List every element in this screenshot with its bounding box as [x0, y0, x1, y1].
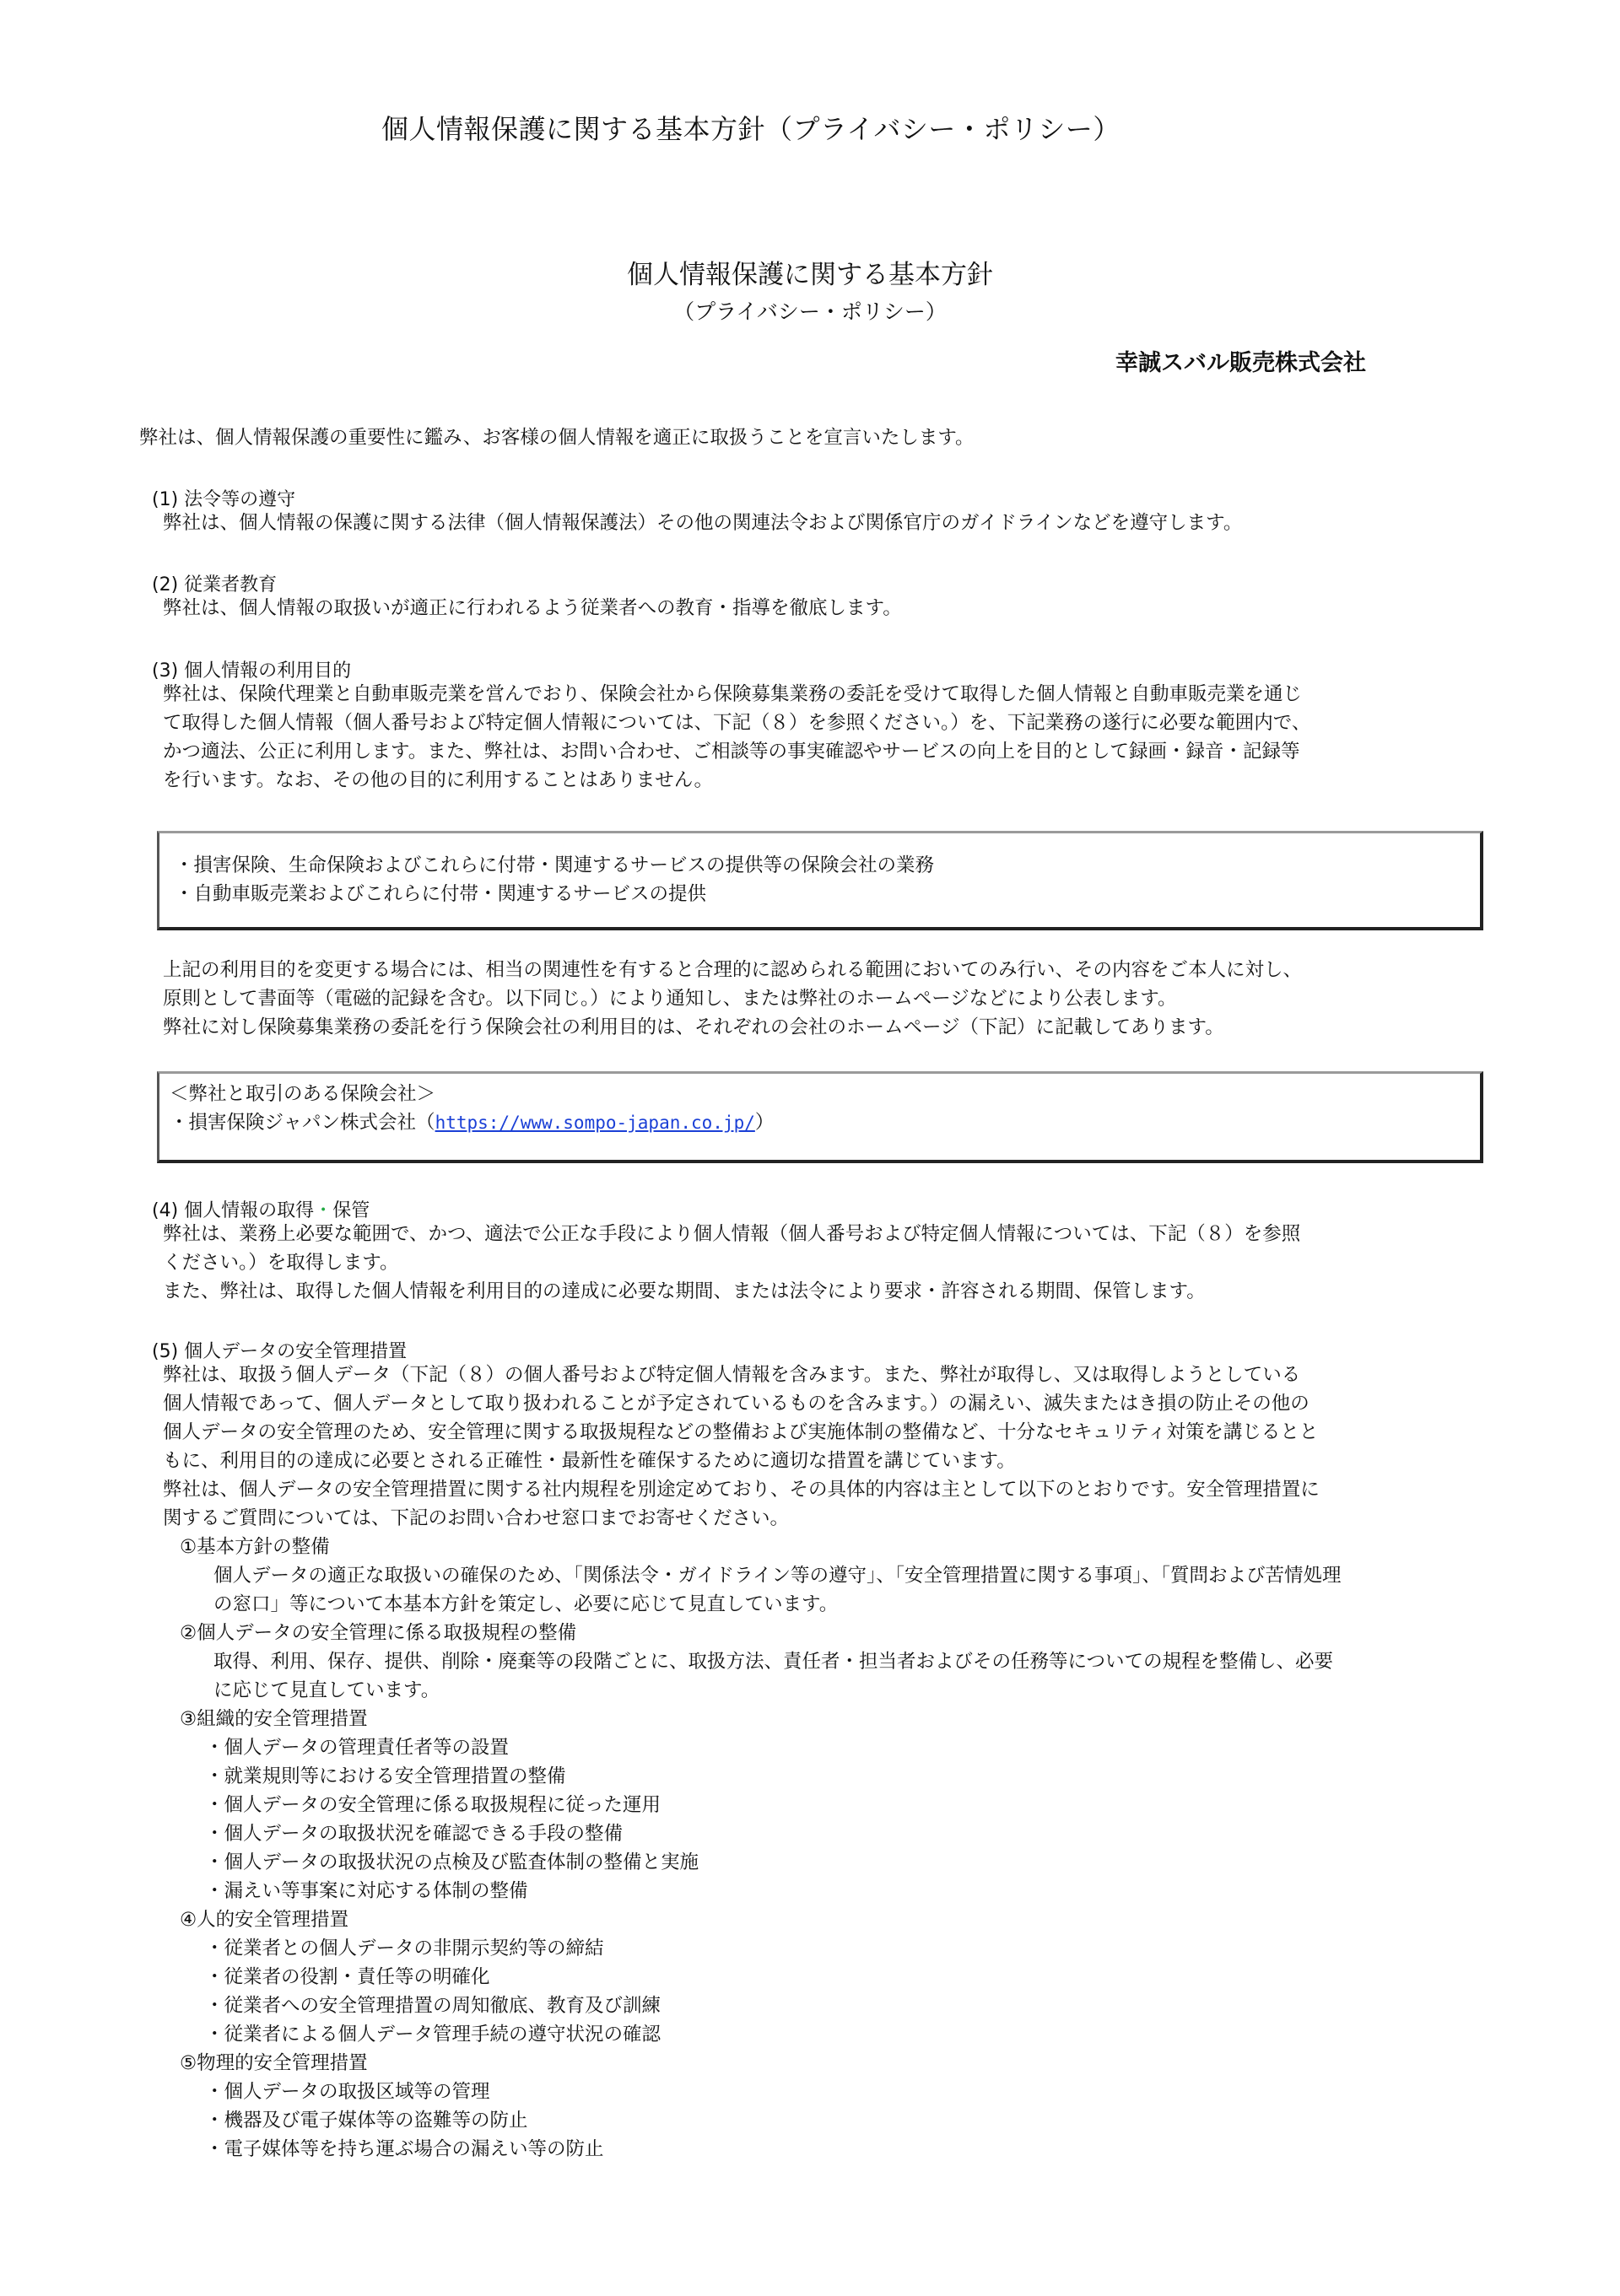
subsection-1-heading: ①基本方針の整備 — [180, 1533, 330, 1561]
insurer-item: ・損害保険ジャパン株式会社（https://www.sompo-japan.co… — [170, 1108, 774, 1135]
subsection-5-bullet: ・機器及び電子媒体等の盗難等の防止 — [205, 2106, 528, 2136]
section-5-line: 関するご質問については、下記のお問い合わせ窓口までお寄せください。 — [163, 1504, 789, 1533]
section-4-heading: (4) 個人情報の取得・保管 — [152, 1196, 370, 1222]
subsection-2-heading: ②個人データの安全管理に係る取扱規程の整備 — [180, 1619, 576, 1647]
purpose-box: ・損害保険、生命保険およびこれらに付帯・関連するサービスの提供等の保険会社の業務… — [157, 831, 1483, 930]
section-2-text: 弊社は、個人情報の取扱いが適正に行われるよう従業者への教育・指導を徹底します。 — [163, 594, 902, 623]
subsection-2-line: に応じて見直しています。 — [213, 1676, 440, 1706]
subsection-4-heading: ④人的安全管理措置 — [180, 1905, 348, 1934]
section-3-line: かつ適法、公正に利用します。また、弊社は、お問い合わせ、ご相談等の事実確認やサー… — [163, 737, 1300, 767]
section-2-heading: (2) 従業者教育 — [152, 570, 277, 596]
section-5-line: もに、利用目的の達成に必要とされる正確性・最新性を確保するために適切な措置を講じ… — [163, 1447, 1016, 1476]
insurer-name: ・損害保険ジャパン株式会社（ — [170, 1112, 435, 1134]
section-3-line: を行います。なお、その他の目的に利用することはありません。 — [163, 766, 713, 795]
section-1-heading: (1) 法令等の遵守 — [152, 485, 295, 511]
subsection-5-bullet: ・個人データの取扱区域等の管理 — [205, 2078, 490, 2107]
subsection-1-line: 個人データの適正な取扱いの確保のため、「関係法令・ガイドライン等の遵守」、「安全… — [213, 1561, 1342, 1591]
subsection-3-bullet: ・漏えい等事案に対応する体制の整備 — [205, 1877, 528, 1906]
section-3-heading: (3) 個人情報の利用目的 — [152, 656, 351, 682]
intro-paragraph: 弊社は、個人情報保護の重要性に鑑み、お客様の個人情報を適正に取扱うことを宣言いた… — [139, 423, 975, 452]
company-name: 幸誠スバル販売株式会社 — [1115, 344, 1366, 377]
subsection-4-bullet: ・従業者による個人データ管理手続の遵守状況の確認 — [205, 2020, 661, 2050]
section-4-line: ください。）を取得します。 — [163, 1248, 398, 1278]
section-5-line: 個人情報であって、個人データとして取り扱われることが予定されているものを含みます… — [163, 1389, 1309, 1419]
subsection-4-bullet: ・従業者の役割・責任等の明確化 — [205, 1963, 490, 1992]
subsection-4-bullet: ・従業者との個人データの非開示契約等の締結 — [205, 1934, 604, 1964]
section-5-line: 個人データの安全管理のため、安全管理に関する取扱規程などの整備および実施体制の整… — [163, 1418, 1318, 1447]
subsection-1-line: の窓口」等について本基本方針を策定し、必要に応じて見直しています。 — [213, 1590, 838, 1620]
subsection-3-bullet: ・個人データの安全管理に係る取扱規程に従った運用 — [205, 1791, 661, 1820]
separator-dot: ・ — [314, 1200, 332, 1221]
insurer-website-link[interactable]: https://www.sompo-japan.co.jp/ — [435, 1113, 755, 1133]
subsection-4-bullet: ・従業者への安全管理措置の周知徹底、教育及び訓練 — [205, 1991, 661, 2021]
purpose-change-line: 原則として書面等（電磁的記録を含む。以下同じ。）により通知し、または弊社のホーム… — [163, 984, 1177, 1014]
page-title: 個人情報保護に関する基本方針（プライバシー・ポリシー） — [381, 108, 1120, 147]
subsection-3-bullet: ・個人データの取扱状況を確認できる手段の整備 — [205, 1819, 623, 1849]
subsection-5-heading: ⑤物理的安全管理措置 — [180, 2049, 368, 2078]
insurer-box: ＜弊社と取引のある保険会社＞ ・損害保険ジャパン株式会社（https://www… — [157, 1071, 1483, 1163]
section-4-line: 弊社は、業務上必要な範囲で、かつ、適法で公正な手段により個人情報（個人番号および… — [163, 1220, 1300, 1249]
section-1-text: 弊社は、個人情報の保護に関する法律（個人情報保護法）その他の関連法令および関係官… — [163, 509, 1242, 537]
section-5-heading: (5) 個人データの安全管理措置 — [152, 1337, 407, 1363]
purpose-change-line: 弊社に対し保険募集業務の委託を行う保険会社の利用目的は、それぞれの会社のホームペ… — [163, 1013, 1224, 1043]
subsection-3-bullet: ・就業規則等における安全管理措置の整備 — [205, 1762, 566, 1792]
section-3-line: 弊社は、保険代理業と自動車販売業を営んでおり、保険会社から保険募集業務の委託を受… — [163, 680, 1302, 709]
document-title: 個人情報保護に関する基本方針 — [0, 253, 1620, 291]
purpose-item: ・自動車販売業およびこれらに付帯・関連するサービスの提供 — [175, 879, 706, 906]
section-3-line: て取得した個人情報（個人番号および特定個人情報については、下記（８）を参照くださ… — [163, 709, 1310, 738]
section-5-line: 弊社は、取扱う個人データ（下記（８）の個人番号および特定個人情報を含みます。また… — [163, 1361, 1300, 1390]
purpose-change-line: 上記の利用目的を変更する場合には、相当の関連性を有すると合理的に認められる範囲に… — [163, 956, 1302, 985]
subsection-3-bullet: ・個人データの管理責任者等の設置 — [205, 1733, 509, 1763]
subsection-3-heading: ③組織的安全管理措置 — [180, 1705, 368, 1733]
insurer-suffix: ） — [755, 1112, 775, 1134]
subsection-3-bullet: ・個人データの取扱状況の点検及び監査体制の整備と実施 — [205, 1848, 699, 1878]
section-5-line: 弊社は、個人データの安全管理措置に関する社内規程を別途定めており、その具体的内容… — [163, 1475, 1320, 1505]
subsection-2-line: 取得、利用、保存、提供、削除・廃棄等の段階ごとに、取扱方法、責任者・担当者および… — [213, 1647, 1333, 1677]
section-4-line: また、弊社は、取得した個人情報を利用目的の達成に必要な期間、または法令により要求… — [163, 1277, 1206, 1307]
subsection-5-bullet: ・電子媒体等を持ち運ぶ場合の漏えい等の防止 — [205, 2135, 604, 2164]
document-subtitle: （プライバシー・ポリシー） — [0, 295, 1620, 326]
insurer-box-heading: ＜弊社と取引のある保険会社＞ — [170, 1079, 435, 1106]
purpose-item: ・損害保険、生命保険およびこれらに付帯・関連するサービスの提供等の保険会社の業務 — [175, 850, 934, 877]
